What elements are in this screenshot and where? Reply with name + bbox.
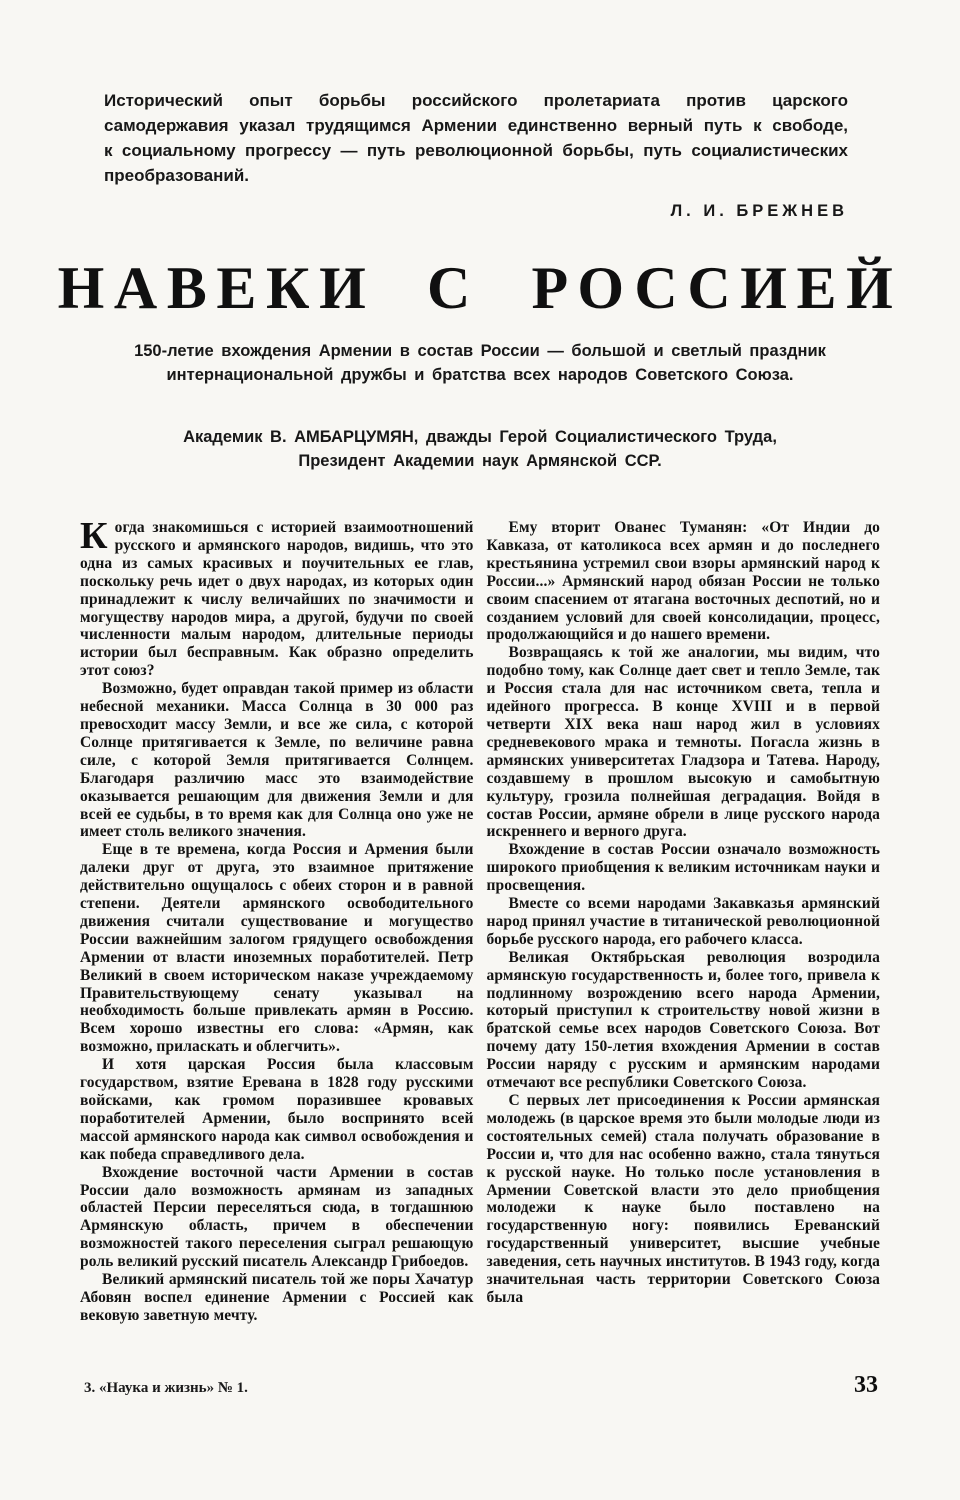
paragraph: Еще в те времена, когда Россия и Армения… (80, 841, 474, 1056)
right-column: Ему вторит Ованес Туманян: «От Индии до … (487, 519, 881, 1325)
page-footer: 3. «Наука и жизнь» № 1. 33 (84, 1373, 878, 1397)
opening-paragraph: Когда знакомишься с историей взаимоотнош… (80, 519, 474, 680)
drop-cap: К (80, 521, 108, 551)
paragraph: С первых лет присоединения к России армя… (487, 1092, 881, 1307)
left-column-paragraphs: Возможно, будет оправдан такой пример из… (80, 680, 474, 1325)
right-column-paragraphs: Ему вторит Ованес Туманян: «От Индии до … (487, 519, 881, 1307)
paragraph: Великий армянский писатель той же поры Х… (80, 1271, 474, 1325)
byline-line2: Президент Академии наук Армянской ССР. (160, 449, 800, 473)
epigraph-text: Исторический опыт борьбы российского про… (104, 88, 848, 188)
article-subtitle: 150-летие вхождения Армении в состав Рос… (125, 339, 835, 387)
paragraph: Возможно, будет оправдан такой пример из… (80, 680, 474, 841)
paragraph: И хотя царская Россия была классовым гос… (80, 1056, 474, 1163)
paragraph: Вместе со всеми народами Закавказья армя… (487, 895, 881, 949)
epigraph-block: Исторический опыт борьбы российского про… (0, 0, 960, 221)
imprint-text: 3. «Наука и жизнь» № 1. (84, 1380, 248, 1397)
paragraph: Вхождение восточной части Армении в сост… (80, 1164, 474, 1271)
paragraph: Великая Октябрьская революция возродила … (487, 949, 881, 1092)
left-column: Когда знакомишься с историей взаимоотнош… (80, 519, 474, 1325)
opening-paragraph-text: огда знакомишься с историей взаимоотноше… (80, 519, 474, 679)
magazine-page: Исторический опыт борьбы российского про… (0, 0, 960, 1500)
paragraph: Возвращаясь к той же аналогии, мы видим,… (487, 644, 881, 841)
article-title: НАВЕКИ С РОССИЕЙ (0, 257, 960, 319)
article-body: Когда знакомишься с историей взаимоотнош… (0, 519, 960, 1325)
page-number: 33 (854, 1373, 878, 1397)
epigraph-attribution: Л. И. БРЕЖНЕВ (104, 202, 848, 221)
paragraph: Вхождение в состав России означало возмо… (487, 841, 881, 895)
byline: Академик В. АМБАРЦУМЯН, дважды Герой Соц… (160, 425, 800, 473)
paragraph: Ему вторит Ованес Туманян: «От Индии до … (487, 519, 881, 644)
byline-line1: Академик В. АМБАРЦУМЯН, дважды Герой Соц… (160, 425, 800, 449)
